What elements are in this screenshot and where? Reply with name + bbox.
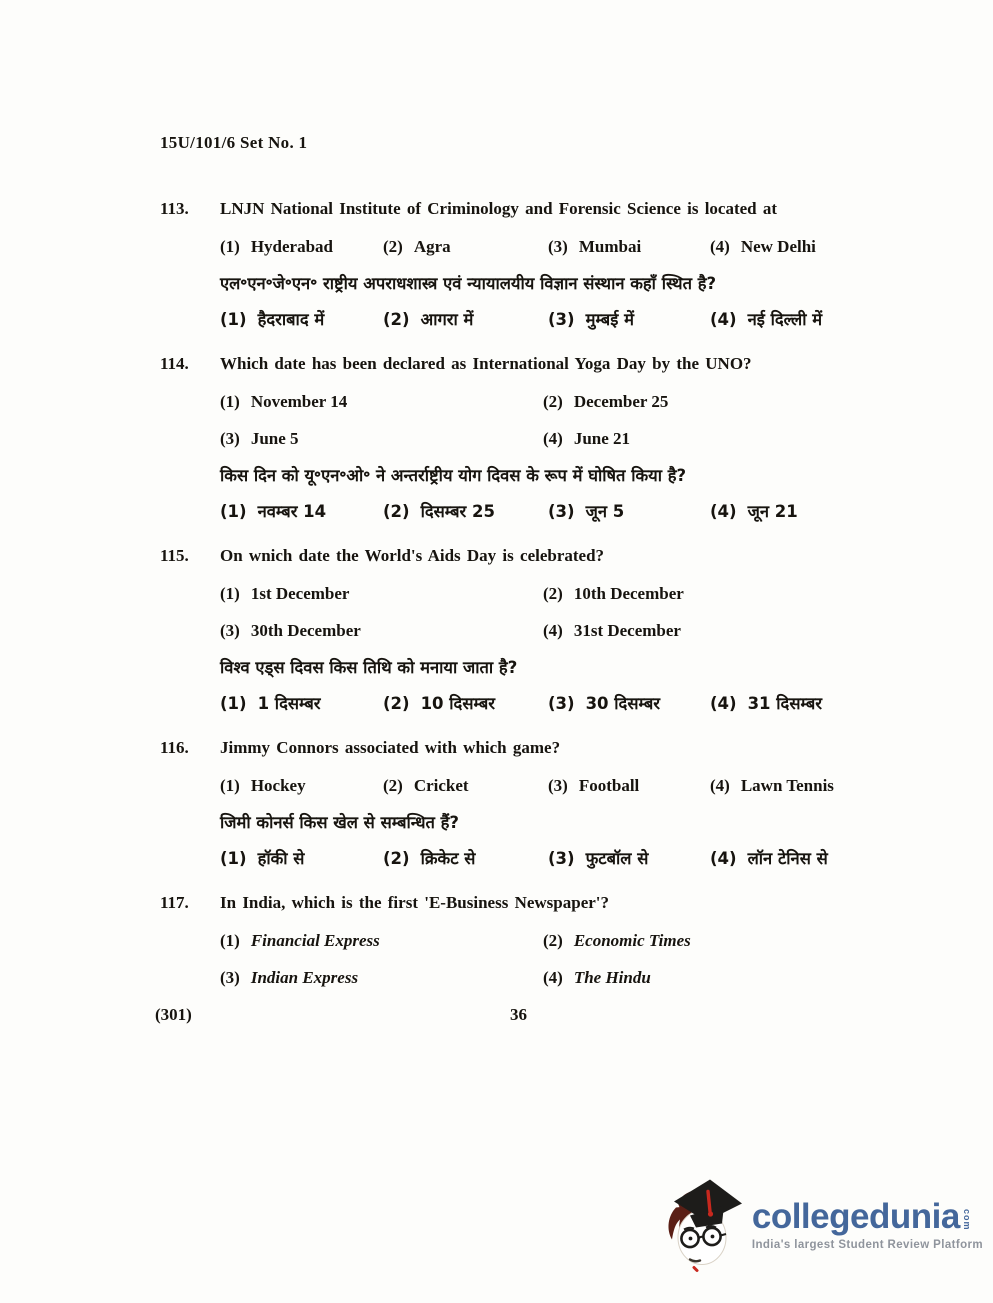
option-label: मुम्बई में [586, 310, 634, 329]
option: (4)Lawn Tennis [710, 774, 878, 797]
option-marker: (3) [220, 966, 240, 989]
booklet-code: (301) [155, 1005, 192, 1025]
option: (1)1 दिसम्बर [220, 692, 383, 715]
option-label: आगरा में [421, 310, 474, 329]
option: (3)30 दिसम्बर [548, 692, 710, 715]
option-marker: (1) [220, 235, 240, 258]
question-number: 114. [160, 352, 200, 375]
option-marker: (4) [710, 774, 730, 797]
graduate-boy-mascot-icon [664, 1177, 744, 1273]
option-label: June 5 [251, 429, 299, 448]
option-marker: (1) [220, 692, 247, 715]
option-marker: (3) [548, 774, 568, 797]
option-label: 10 दिसम्बर [421, 694, 495, 713]
option: (1)हॉकी से [220, 847, 383, 870]
collegedunia-logo: collegedunia com India's largest Student… [664, 1177, 983, 1273]
question-number: 116. [160, 736, 200, 759]
option-label: नवम्बर 14 [258, 502, 327, 521]
option: (4)The Hindu [543, 966, 878, 989]
option-label: 31 दिसम्बर [748, 694, 822, 713]
option: (2)10 दिसम्बर [383, 692, 548, 715]
option: (3)30th December [220, 619, 543, 642]
question-113: 113. LNJN National Institute of Criminol… [160, 197, 878, 331]
option-label: Cricket [414, 776, 469, 795]
option-label: हॉकी से [258, 849, 305, 868]
question-115: 115. On wnich date the World's Aids Day … [160, 544, 878, 715]
option-label: फुटबॉल से [586, 849, 649, 868]
option-label: Economic Times [574, 931, 691, 950]
question-number: 117. [160, 891, 200, 914]
option: (2)Economic Times [543, 929, 878, 952]
option-marker: (1) [220, 500, 247, 523]
scanned-exam-page: 15U/101/6 Set No. 1 113. LNJN National I… [0, 0, 993, 1303]
question-text-en: On wnich date the World's Aids Day is ce… [200, 544, 878, 567]
option-marker: (1) [220, 390, 240, 413]
option: (1)Hockey [220, 774, 383, 797]
question-117: 117. In India, which is the first 'E-Bus… [160, 891, 878, 989]
option-marker: (4) [710, 308, 737, 331]
option-marker: (4) [710, 847, 737, 870]
option-label: 30th December [251, 621, 361, 640]
option-label: New Delhi [741, 237, 816, 256]
option: (3)मुम्बई में [548, 308, 710, 331]
option: (1)नवम्बर 14 [220, 500, 383, 523]
option: (2)दिसम्बर 25 [383, 500, 548, 523]
brand-name: collegedunia [752, 1199, 960, 1235]
option-marker: (2) [543, 582, 563, 605]
option-label: June 21 [574, 429, 630, 448]
option-label: Football [579, 776, 639, 795]
option-marker: (1) [220, 308, 247, 331]
question-text-hi: किस दिन को यू॰एन॰ओ॰ ने अन्तर्राष्ट्रीय य… [220, 464, 878, 487]
option-marker: (1) [220, 847, 247, 870]
option: (2)Agra [383, 235, 548, 258]
option-label: November 14 [251, 392, 347, 411]
option: (3)June 5 [220, 427, 543, 450]
option-label: 1 दिसम्बर [258, 694, 321, 713]
option: (4)नई दिल्ली में [710, 308, 878, 331]
option-label: Lawn Tennis [741, 776, 834, 795]
question-114: 114. Which date has been declared as Int… [160, 352, 878, 523]
option-label: 31st December [574, 621, 681, 640]
question-text-hi: विश्व एड्स दिवस किस तिथि को मनाया जाता ह… [220, 656, 878, 679]
options-row-en: (1)Hyderabad (2)Agra (3)Mumbai (4)New De… [220, 235, 878, 258]
brand-text-block: collegedunia com India's largest Student… [752, 1199, 983, 1251]
option: (1)Hyderabad [220, 235, 383, 258]
option-label: Hockey [251, 776, 306, 795]
option-label: The Hindu [574, 968, 651, 987]
option-marker: (1) [220, 929, 240, 952]
option-marker: (4) [710, 692, 737, 715]
option-label: हैदराबाद में [258, 310, 325, 329]
option-marker: (3) [548, 847, 575, 870]
option-marker: (4) [543, 966, 563, 989]
option-label: Hyderabad [251, 237, 333, 256]
option-marker: (3) [548, 235, 568, 258]
question-116: 116. Jimmy Connors associated with which… [160, 736, 878, 870]
brand-tagline: India's largest Student Review Platform [752, 1239, 983, 1251]
option: (2)आगरा में [383, 308, 548, 331]
option-label: जून 5 [586, 502, 625, 521]
option-label: 1st December [251, 584, 350, 603]
options-row-en: (1)Hockey (2)Cricket (3)Football (4)Lawn… [220, 774, 878, 797]
brand-tld: com [962, 1209, 972, 1231]
option-label: क्रिकेट से [421, 849, 476, 868]
option: (3)Indian Express [220, 966, 543, 989]
option-marker: (3) [220, 619, 240, 642]
option-label: December 25 [574, 392, 669, 411]
option-label: Indian Express [251, 968, 358, 987]
option-marker: (4) [710, 235, 730, 258]
question-text-en: Jimmy Connors associated with which game… [200, 736, 878, 759]
option-label: नई दिल्ली में [748, 310, 823, 329]
question-text-hi: एल॰एन॰जे॰एन॰ राष्ट्रीय अपराधशास्त्र एवं … [220, 272, 878, 295]
option: (1)1st December [220, 582, 543, 605]
option: (4)जून 21 [710, 500, 878, 523]
option: (3)Football [548, 774, 710, 797]
option: (3)फुटबॉल से [548, 847, 710, 870]
option: (4)31 दिसम्बर [710, 692, 878, 715]
option-marker: (3) [220, 427, 240, 450]
option-marker: (3) [548, 308, 575, 331]
option-label: जून 21 [748, 502, 798, 521]
option-marker: (2) [383, 774, 403, 797]
page-content: 15U/101/6 Set No. 1 113. LNJN National I… [160, 133, 878, 1010]
option: (2)10th December [543, 582, 878, 605]
question-text-hi: जिमी कोनर्स किस खेल से सम्बन्धित हैं? [220, 811, 878, 834]
options-row-hi: (1)1 दिसम्बर (2)10 दिसम्बर (3)30 दिसम्बर… [220, 692, 878, 715]
paper-code-header: 15U/101/6 Set No. 1 [160, 133, 878, 153]
option-marker: (1) [220, 582, 240, 605]
question-text-en: LNJN National Institute of Criminology a… [200, 197, 878, 220]
option-label: Mumbai [579, 237, 641, 256]
option-label: 10th December [574, 584, 684, 603]
question-number: 115. [160, 544, 200, 567]
options-row-en: (1)1st December (2)10th December (3)30th… [220, 582, 878, 642]
question-text-en: In India, which is the first 'E-Business… [200, 891, 878, 914]
options-row-hi: (1)हैदराबाद में (2)आगरा में (3)मुम्बई मे… [220, 308, 878, 331]
option: (4)June 21 [543, 427, 878, 450]
option: (2)December 25 [543, 390, 878, 413]
option: (4)31st December [543, 619, 878, 642]
option-marker: (2) [383, 308, 410, 331]
option-marker: (2) [543, 390, 563, 413]
option-label: Agra [414, 237, 451, 256]
option-marker: (4) [543, 619, 563, 642]
option-marker: (2) [543, 929, 563, 952]
option-marker: (3) [548, 692, 575, 715]
option: (1)Financial Express [220, 929, 543, 952]
options-row-hi: (1)नवम्बर 14 (2)दिसम्बर 25 (3)जून 5 (4)ज… [220, 500, 878, 523]
option-label: 30 दिसम्बर [586, 694, 660, 713]
option: (2)क्रिकेट से [383, 847, 548, 870]
option: (1)हैदराबाद में [220, 308, 383, 331]
options-row-hi: (1)हॉकी से (2)क्रिकेट से (3)फुटबॉल से (4… [220, 847, 878, 870]
option: (4)लॉन टेनिस से [710, 847, 878, 870]
option-label: Financial Express [251, 931, 380, 950]
option-marker: (3) [548, 500, 575, 523]
option: (4)New Delhi [710, 235, 878, 258]
options-row-en: (1)Financial Express (2)Economic Times (… [220, 929, 878, 989]
question-text-en: Which date has been declared as Internat… [200, 352, 878, 375]
option-marker: (4) [543, 427, 563, 450]
option-marker: (1) [220, 774, 240, 797]
page-number: 36 [510, 1005, 527, 1025]
options-row-en: (1)November 14 (2)December 25 (3)June 5 … [220, 390, 878, 450]
option-marker: (2) [383, 235, 403, 258]
option: (3)Mumbai [548, 235, 710, 258]
option-marker: (2) [383, 847, 410, 870]
option: (1)November 14 [220, 390, 543, 413]
option-label: दिसम्बर 25 [421, 502, 495, 521]
option-label: लॉन टेनिस से [748, 849, 828, 868]
question-number: 113. [160, 197, 200, 220]
option-marker: (2) [383, 692, 410, 715]
option-marker: (4) [710, 500, 737, 523]
option-marker: (2) [383, 500, 410, 523]
option: (3)जून 5 [548, 500, 710, 523]
option: (2)Cricket [383, 774, 548, 797]
